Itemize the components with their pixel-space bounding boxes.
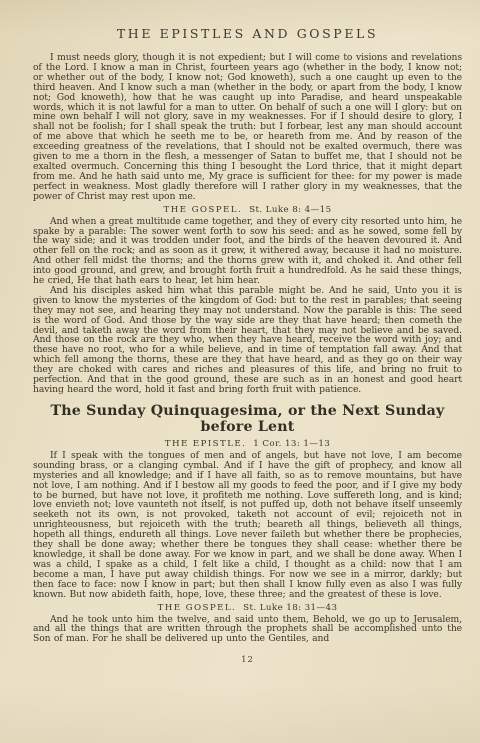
gospel-rubric-reference: St. Luke 8: 4—15 [249,205,331,215]
gospel-rubric-label-2: THE GOSPEL. [158,603,237,613]
book-page: THE EPISTLES AND GOSPELS I must needs gl… [0,0,480,743]
epistle-rubric-label: THE EPISTLE. [165,439,247,449]
page-number: 12 [33,655,462,665]
section-title-quinquagesima: The Sunday Quinquagesima, or the Next Su… [33,403,462,435]
gospel-luke18-paragraph: And he took unto him the twelve, and sai… [33,615,462,645]
epistle-rubric-reference: 1 Cor. 13: 1—13 [253,439,330,449]
epistle-1cor13-paragraph: If I speak with the tongues of men and o… [33,451,462,600]
gospel-rubric-luke-8: THE GOSPEL.St. Luke 8: 4—15 [33,205,462,215]
gospel-rubric-luke-18: THE GOSPEL.St. Luke 18: 31—43 [33,603,462,613]
gospel-rubric-reference-2: St. Luke 18: 31—43 [243,603,337,613]
epistle-rubric-1cor-13: THE EPISTLE.1 Cor. 13: 1—13 [33,439,462,449]
gospel-luke8-paragraph-1: And when a great multitude came together… [33,217,462,286]
running-head-title: THE EPISTLES AND GOSPELS [33,26,462,41]
epistle-conclusion-paragraph: I must needs glory, though it is not exp… [33,53,462,202]
gospel-luke8-paragraph-2: And his disciples asked him what this pa… [33,286,462,395]
gospel-rubric-label: THE GOSPEL. [164,205,243,215]
